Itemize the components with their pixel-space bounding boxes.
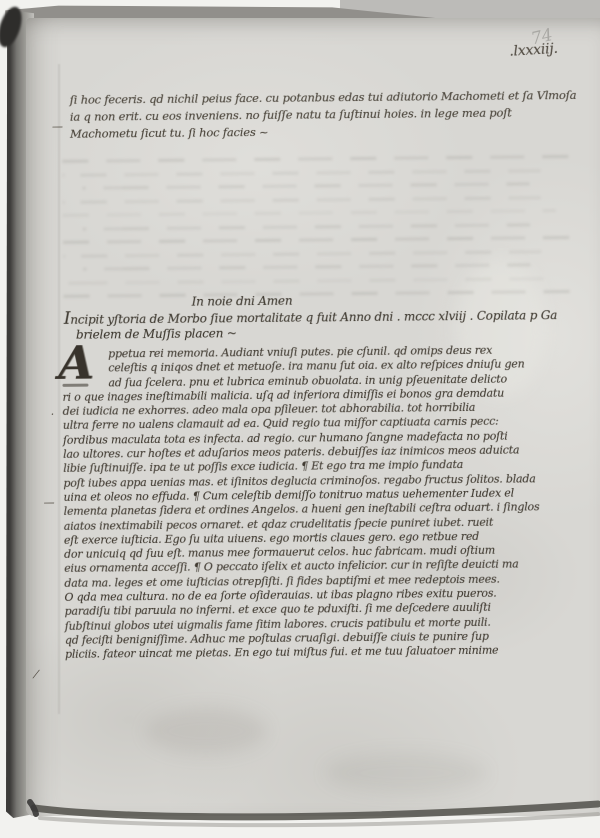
margin-stroke-mark: ⁄ [35, 668, 37, 681]
rubric-line-1-text: ncipit yſtoria de Morbo ſiue mortalitate… [70, 308, 557, 327]
margin-dash-mark: — [52, 120, 63, 133]
text-line: Machometu ſicut tu. ſi hoc facies ~ [70, 121, 546, 143]
ink-folio-number: .lxxxiij. [509, 41, 558, 60]
manuscript-photograph: 74 .lxxxiij. — ſi hoc feceris. qd nichil… [0, 0, 600, 838]
manuscript-page: 74 .lxxxiij. — ſi hoc feceris. qd nichil… [26, 18, 600, 816]
text-layer: 74 .lxxxiij. — ſi hoc feceris. qd nichil… [23, 15, 600, 818]
page-bottom-edge [0, 792, 600, 838]
decorated-initial-A: A [58, 340, 94, 386]
indented-lines: ppetua rei memoria. Audiant vniuſi putes… [62, 343, 570, 391]
full-lines: ri o que inages ineſtimabili malicia. uſ… [63, 386, 574, 663]
rubric-heading: In noie dni Amen Incipit yſtoria de Morb… [64, 291, 564, 343]
main-text-block: A ppetua rei memoria. Audiant vniuſi put… [62, 343, 573, 662]
margin-dot-mark: · [51, 408, 55, 421]
top-note-paragraph: ſi hoc feceris. qd nichil peius face. cu… [70, 87, 546, 143]
verso-showthrough [62, 155, 571, 310]
margin-dash-mark: — [44, 496, 55, 509]
